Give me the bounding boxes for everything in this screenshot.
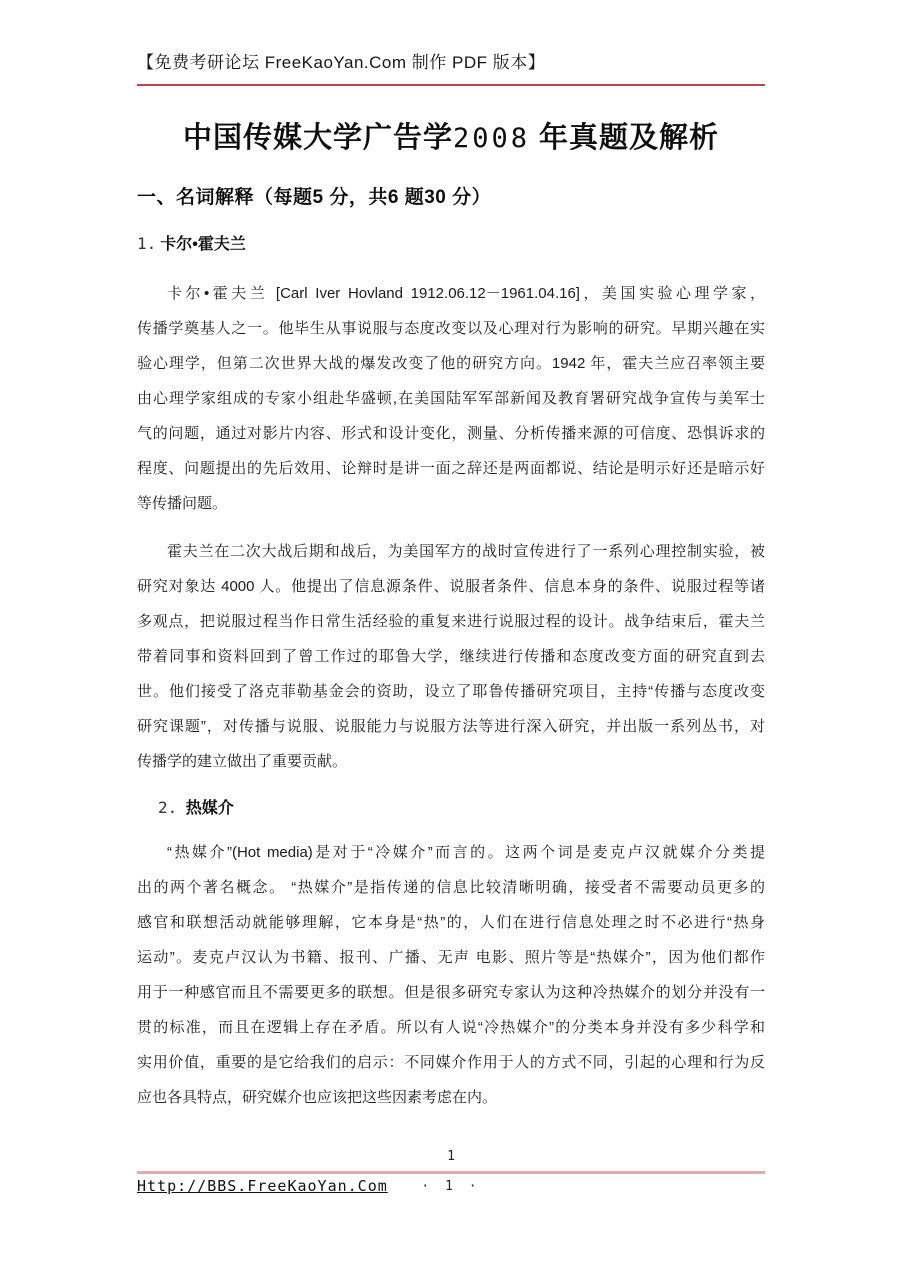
page-header: 【免费考研论坛 FreeKaoYan.Com 制作 PDF 版本】 [137,0,765,76]
text-line: 传播学奠基人之一。他毕生从事说服与态度改变以及心理对行为影响的研究。早期兴趣在实 [137,311,765,346]
header-rule [137,84,765,86]
text-line: 气的问题，通过对影片内容、形式和设计变化，测量、分析传播来源的可信度、恐惧诉求的 [137,416,765,451]
text-line: 霍夫兰在二次大战后期和战后，为美国军方的战时宣传进行了一系列心理控制实验，被 [137,534,765,569]
document-title-cn-right: 年真题及解析 [530,122,719,154]
text-line: 卡尔•霍夫兰 [Carl Iver Hovland 1912.06.12－196… [137,276,765,311]
text-line: 等传播问题。 [137,486,765,521]
text-line: 带着同事和资料回到了曾工作过的耶鲁大学，继续进行传播和态度改变方面的研究直到去 [137,639,765,674]
text-line: 由心理学家组成的专家小组赴华盛顿,在美国陆军军部新闻及教育署研究战争宣传与美军士 [137,381,765,416]
term-1-paragraph-1: 卡尔•霍夫兰 [Carl Iver Hovland 1912.06.12－196… [137,276,765,521]
footer-rule [137,1171,765,1174]
page-footer: 1 Http://BBS.FreeKaoYan.Com · 1 · [137,1148,765,1199]
text-line: 用于一种感官而且不需要更多的联想。但是很多研究专家认为这种冷热媒介的划分并没有一 [137,975,765,1010]
text-line: 多观点，把说服过程当作日常生活经验的重复来进行说服过程的设计。战争结束后，霍夫兰 [137,604,765,639]
page-content: 【免费考研论坛 FreeKaoYan.Com 制作 PDF 版本】 中国传媒大学… [137,0,765,1115]
text-line: 程度、问题提出的先后效用、论辩时是讲一面之辞还是两面都说、结论是明示好还是暗示好 [137,451,765,486]
term-2-paragraph-1: “热媒介”(Hot media)是对于“冷媒介”而言的。这两个词是麦克卢汉就媒介… [137,835,765,1115]
text-line: 应也各具特点，研究媒介也应该把这些因素考虑在内。 [137,1080,765,1115]
text-line: 传播学的建立做出了重要贡献。 [137,744,765,779]
text-line: 出的两个著名概念。 “热媒介”是指传递的信息比较清晰明确，接受者不需要动员更多的 [137,870,765,905]
text-line: 运动”。麦克卢汉认为书籍、报刊、广播、无声 电影、照片等是“热媒介”，因为他们都… [137,940,765,975]
text-line: 感官和联想活动就能够理解，它本身是“热”的，人们在进行信息处理之时不必进行“热身 [137,905,765,940]
text-line: 实用价值，重要的是它给我们的启示：不同媒介作用于人的方式不同，引起的心理和行为反 [137,1045,765,1080]
term-1-name: 卡尔•霍夫兰 [160,236,246,253]
document-title-year: 2008 [453,123,530,154]
term-2-heading: 2. 热媒介 [137,797,765,820]
document-title-cn-left: 中国传媒大学广告学 [183,122,453,154]
footer-bottom-row: Http://BBS.FreeKaoYan.Com · 1 · [137,1177,765,1199]
text-line: 世。他们接受了洛克菲勒基金会的资助，设立了耶鲁传播研究项目，主持“传播与态度改变 [137,674,765,709]
term-2-number: 2. [158,798,177,817]
term-1-heading: 1.卡尔•霍夫兰 [137,233,765,256]
term-2-name: 热媒介 [186,800,234,817]
text-line: 验心理学，但第二次世界大战的爆发改变了他的研究方向。1942 年，霍夫兰应召率领… [137,346,765,381]
pdf-page: 【免费考研论坛 FreeKaoYan.Com 制作 PDF 版本】 中国传媒大学… [0,0,900,1272]
section-heading: 一、名词解释（每题5 分，共6 题30 分） [137,185,765,211]
text-line: 贯的标准，而且在逻辑上存在矛盾。所以有人说“冷热媒介”的分类本身并没有多少科学和 [137,1010,765,1045]
term-1-paragraph-2: 霍夫兰在二次大战后期和战后，为美国军方的战时宣传进行了一系列心理控制实验，被研究… [137,534,765,779]
document-title: 中国传媒大学广告学2008 年真题及解析 [137,116,765,161]
footer-page-number-top: 1 [137,1148,765,1166]
text-line: 研究课题”，对传播与说服、说服能力与说服方法等进行深入研究，并出版一系列丛书，对 [137,709,765,744]
term-1-number: 1. [137,234,156,253]
text-line: “热媒介”(Hot media)是对于“冷媒介”而言的。这两个词是麦克卢汉就媒介… [137,835,765,870]
footer-page-label: · 1 · [137,1179,765,1194]
text-line: 研究对象达 4000 人。他提出了信息源条件、说服者条件、信息本身的条件、说服过… [137,569,765,604]
